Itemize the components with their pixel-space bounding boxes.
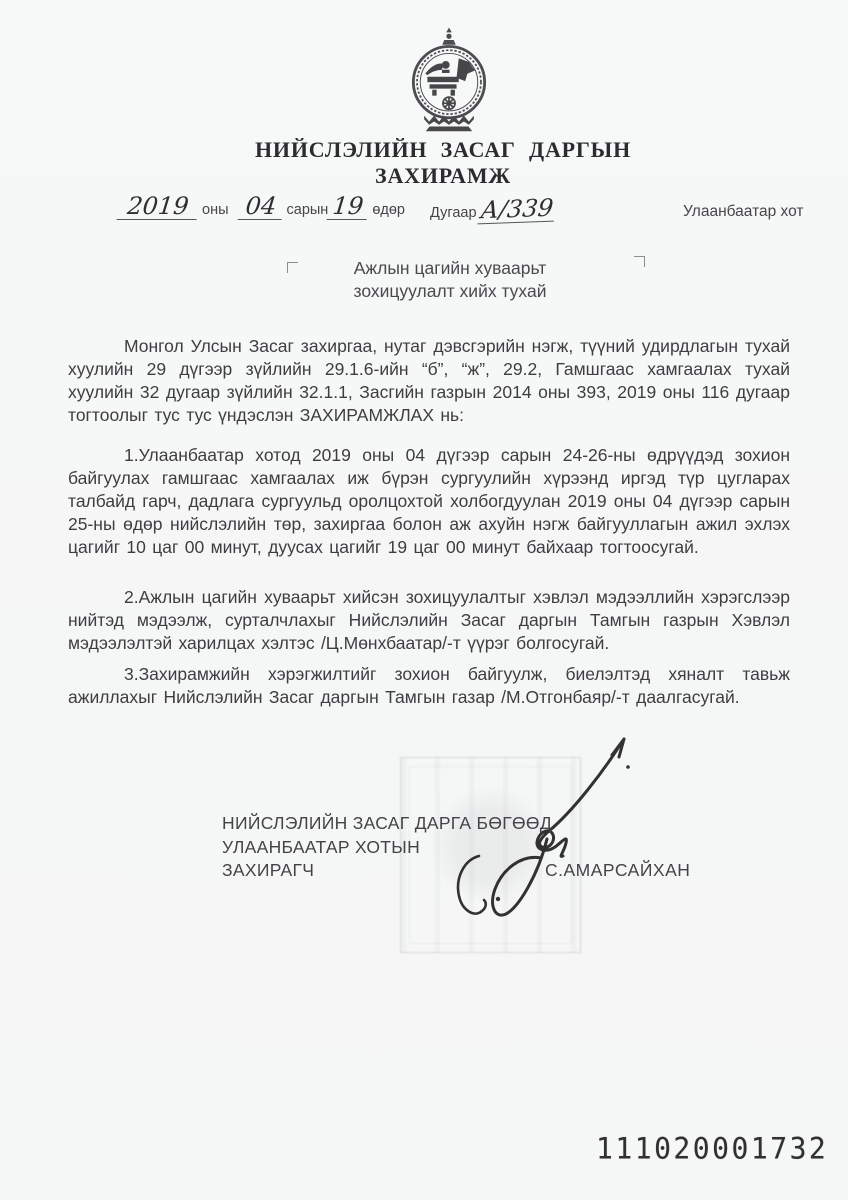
signatory-title-line1: НИЙСЛЭЛИЙН ЗАСАГ ДАРГА БӨГӨӨД bbox=[222, 812, 552, 836]
day-handwritten-value: 19 bbox=[327, 193, 370, 220]
registry-number: 111020001732 bbox=[596, 1131, 828, 1165]
document-number-field: Дугаар А/339 bbox=[430, 196, 555, 223]
org-title: НИЙСЛЭЛИЙН ЗАСАГ ДАРГЫН ЗАХИРАМЖ bbox=[243, 137, 643, 189]
month-handwritten-value: 04 bbox=[237, 193, 284, 220]
org-title-line1: НИЙСЛЭЛИЙН ЗАСАГ ДАРГЫН bbox=[243, 137, 643, 163]
city-label: Улаанбаатар хот bbox=[683, 203, 804, 221]
emblem-wheel bbox=[443, 97, 455, 109]
signatory-name: С.АМАРСАЙХАН bbox=[545, 860, 690, 881]
number-label: Дугаар bbox=[430, 205, 477, 221]
preamble-paragraph: Монгол Улсын Засаг захиргаа, нутаг дэвсг… bbox=[68, 335, 790, 427]
year-handwritten-value: 2019 bbox=[117, 193, 200, 220]
decree-item-1: 1.Улаанбаатар хотод 2019 оны 04 дүгээр с… bbox=[68, 444, 790, 559]
subject-line1: Ажлын цагийн хуваарьт bbox=[250, 257, 650, 280]
month-label: сарын bbox=[287, 202, 329, 218]
subject-line2: зохицуулалт хийх тухай bbox=[250, 280, 650, 303]
decree-item-2: 2.Ажлын цагийн хуваарьт хийсэн зохицуула… bbox=[68, 586, 790, 655]
emblem-wind-horse bbox=[425, 58, 475, 95]
day-label: өдөр bbox=[372, 202, 405, 218]
date-fields: 2019 оны 04 сарын 19 өдөр bbox=[118, 193, 405, 220]
subject-title: Ажлын цагийн хуваарьт зохицуулалт хийх т… bbox=[250, 257, 650, 303]
mongolia-state-emblem-icon bbox=[392, 26, 506, 134]
signatory-title-line2: УЛААНБААТАР ХОТЫН bbox=[222, 836, 552, 860]
decree-item-3: 3.Захирамжийн хэрэгжилтийг зохион байгуу… bbox=[68, 663, 790, 709]
emblem-finial bbox=[442, 28, 455, 45]
number-handwritten-value: А/339 bbox=[477, 195, 556, 225]
org-title-line2: ЗАХИРАМЖ bbox=[243, 163, 643, 189]
scanned-decree-page: НИЙСЛЭЛИЙН ЗАСАГ ДАРГЫН ЗАХИРАМЖ 2019 он… bbox=[0, 0, 848, 1200]
signatory-title-line3: ЗАХИРАГЧ bbox=[222, 859, 552, 883]
signatory-title: НИЙСЛЭЛИЙН ЗАСАГ ДАРГА БӨГӨӨД УЛААНБААТА… bbox=[222, 812, 552, 883]
year-label: оны bbox=[202, 202, 229, 218]
